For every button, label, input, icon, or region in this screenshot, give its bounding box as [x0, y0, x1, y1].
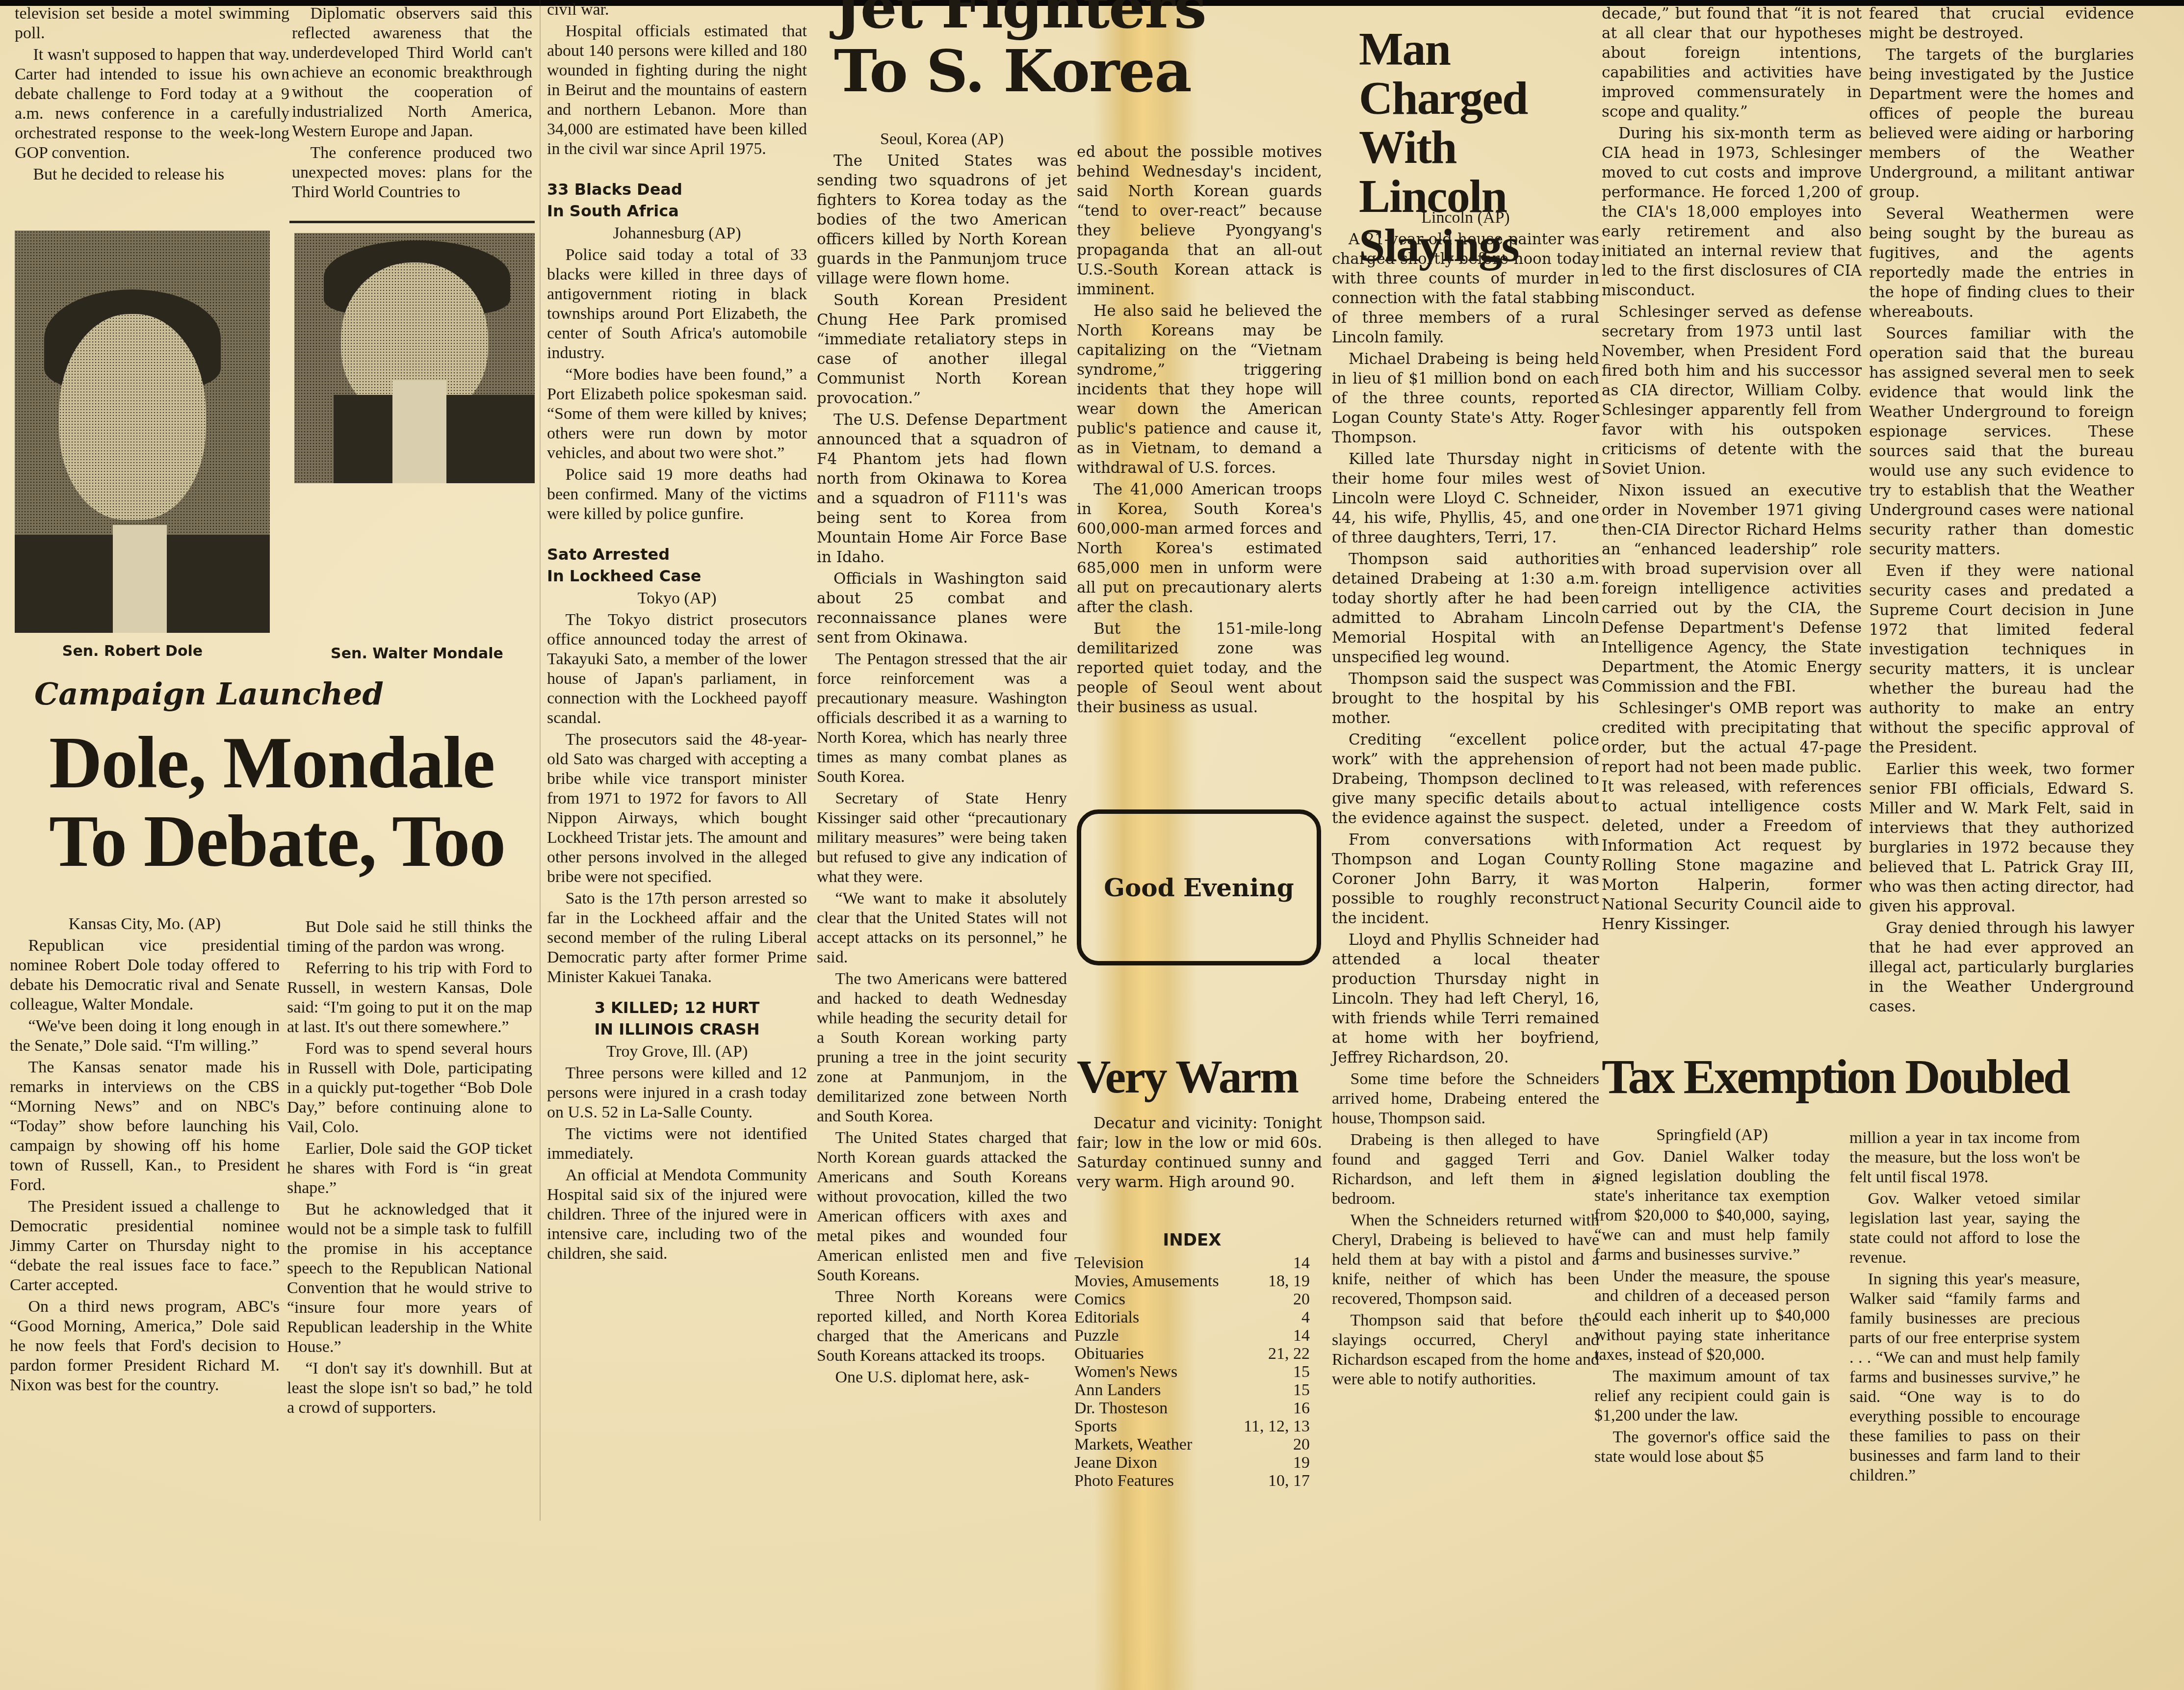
paragraph: Gray denied through his lawyer that he h…	[1869, 918, 2134, 1016]
paragraph: Police said 19 more deaths had been conf…	[547, 465, 807, 524]
index-pages: 19	[1293, 1454, 1310, 1472]
paragraph: million a year in tax income from the me…	[1849, 1128, 2080, 1187]
index-label: Editorials	[1074, 1308, 1139, 1326]
paragraph: Three North Koreans were reported killed…	[817, 1287, 1067, 1366]
weather-box: Very Warm Decatur and vicinity: Tonight …	[1077, 1050, 1322, 1194]
briefs-column: civil war. Hospital officials estimated …	[547, 0, 807, 1266]
index-pages: 4	[1301, 1308, 1310, 1326]
paragraph: Sources familiar with the operation said…	[1869, 324, 2134, 559]
index-row[interactable]: Jeane Dixon19	[1074, 1454, 1310, 1472]
paragraph: But he acknowledged that it would not be…	[287, 1200, 532, 1357]
paragraph: Republican vice presidential nominee Rob…	[10, 936, 280, 1014]
paragraph: television set beside a motel swimming p…	[15, 4, 289, 43]
paragraph: Hospital officials estimated that about …	[547, 22, 807, 159]
paragraph: A 21-year-old house painter was charged …	[1332, 230, 1599, 347]
paragraph: It wasn't supposed to happen that way. C…	[15, 45, 289, 163]
index-title: INDEX	[1074, 1230, 1310, 1250]
paragraph: Drabeing is then alleged to have found a…	[1332, 1130, 1599, 1209]
index-row[interactable]: Sports11, 12, 13	[1074, 1417, 1310, 1435]
paragraph: The maximum amount of tax relief any rec…	[1594, 1367, 1830, 1426]
subhead-south-africa: 33 Blacks Dead In South Africa	[547, 179, 807, 222]
index-row[interactable]: Dr. Thosteson16	[1074, 1399, 1310, 1417]
divider-rule	[289, 221, 535, 223]
headline-line: Tax Exemption Doubled	[1602, 1050, 2141, 1104]
index-pages: 16	[1293, 1399, 1310, 1417]
index-pages: 20	[1293, 1290, 1310, 1308]
paragraph: Some time before the Schneiders arrived …	[1332, 1069, 1599, 1128]
paragraph: decade,” but found that “it is not at al…	[1602, 4, 1862, 122]
paragraph: When the Schneiders returned with Cheryl…	[1332, 1211, 1599, 1309]
subhead-line: Sato Arrested	[547, 544, 807, 565]
tax-story-col1: Springfield (AP) Gov. Daniel Walker toda…	[1594, 1123, 1830, 1469]
paragraph: “We want to make it absolutely clear tha…	[817, 889, 1067, 967]
paragraph: The United States charged that North Kor…	[817, 1128, 1067, 1285]
paragraph: The U.S. Defense Department announced th…	[817, 410, 1067, 567]
good-evening-label: Good Evening	[1104, 873, 1294, 902]
index-label: Women's News	[1074, 1363, 1177, 1381]
paragraph: The Kansas senator made his remarks in i…	[10, 1058, 280, 1195]
third-world-story-continuation: Diplomatic observers said this reflected…	[292, 4, 532, 204]
photo-caption-dole: Sen. Robert Dole	[29, 643, 235, 660]
index-label: Puzzle	[1074, 1326, 1119, 1345]
index-row[interactable]: Movies, Amusements18, 19	[1074, 1272, 1310, 1290]
paragraph: Lloyd and Phyllis Schneider had attended…	[1332, 930, 1599, 1067]
index-pages: 20	[1293, 1435, 1310, 1454]
paragraph: Under the measure, the spouse and childr…	[1594, 1267, 1830, 1365]
photo-caption-mondale: Sen. Walter Mondale	[304, 645, 530, 662]
paragraph: In signing this year's measure, Walker s…	[1849, 1270, 2080, 1485]
paragraph: During his six-month term as CIA head in…	[1602, 124, 1862, 300]
subhead-line: 33 Blacks Dead	[547, 179, 807, 200]
dateline: Tokyo (AP)	[547, 589, 807, 608]
dole-story-col1: Kansas City, Mo. (AP) Republican vice pr…	[10, 912, 280, 1397]
paragraph: Nixon issued an executive order in Novem…	[1602, 481, 1862, 697]
dateline: Kansas City, Mo. (AP)	[10, 914, 280, 934]
index-row[interactable]: Television14	[1074, 1254, 1310, 1272]
index-pages: 21, 22	[1268, 1345, 1310, 1363]
index-pages: 11, 12, 13	[1244, 1417, 1310, 1435]
dateline: Springfield (AP)	[1594, 1125, 1830, 1145]
index-label: Movies, Amusements	[1074, 1272, 1219, 1290]
paragraph: The Tokyo district prosecutors office an…	[547, 610, 807, 728]
paragraph: From conversations with Thompson and Log…	[1332, 830, 1599, 928]
index-label: Dr. Thosteson	[1074, 1399, 1168, 1417]
paragraph: “I don't say it's downhill. But at least…	[287, 1359, 532, 1418]
paragraph: Thompson said authorities detained Drabe…	[1332, 549, 1599, 667]
tax-story-col2: million a year in tax income from the me…	[1849, 1128, 2080, 1487]
photo-walter-mondale	[294, 233, 535, 483]
paragraph: feared that crucial evidence might be de…	[1869, 4, 2134, 43]
index-label: Sports	[1074, 1417, 1117, 1435]
headline-line: Jet Fighters	[834, 0, 1275, 39]
paragraph: ed about the possible motives behind Wed…	[1077, 142, 1322, 299]
good-evening-box: Good Evening	[1077, 809, 1321, 965]
index-pages: 18, 19	[1268, 1272, 1310, 1290]
column-divider	[540, 0, 541, 1521]
paragraph: The governor's office said the state wou…	[1594, 1428, 1830, 1467]
paragraph: The two Americans were battered and hack…	[817, 969, 1067, 1126]
paragraph: Thompson said that before the slayings o…	[1332, 1311, 1599, 1389]
subhead-line: In South Africa	[547, 200, 807, 222]
index-pages: 14	[1293, 1254, 1310, 1272]
weather-headline: Very Warm	[1077, 1050, 1322, 1104]
paragraph: The conference produced two unexpected m…	[292, 143, 532, 202]
headline-line: To S. Korea	[834, 39, 1275, 103]
headline-line: Man Charged	[1359, 25, 1604, 123]
headline-tax-exemption: Tax Exemption Doubled	[1602, 1050, 2141, 1104]
paragraph: South Korean President Chung Hee Park pr…	[817, 290, 1067, 408]
index-label: Jeane Dixon	[1074, 1454, 1157, 1472]
paragraph: Earlier, Dole said the GOP ticket he sha…	[287, 1139, 532, 1198]
paragraph: Gov. Daniel Walker today signed legislat…	[1594, 1147, 1830, 1265]
index-label: Ann Landers	[1074, 1381, 1161, 1399]
index-row[interactable]: Ann Landers15	[1074, 1381, 1310, 1399]
index-row[interactable]: Editorials4	[1074, 1308, 1310, 1326]
korea-story-col1: Seoul, Korea (AP) The United States was …	[817, 128, 1067, 1389]
index-label: Television	[1074, 1254, 1144, 1272]
paragraph: The victims were not identified immediat…	[547, 1124, 807, 1164]
headline-line: To Debate, Too	[49, 805, 540, 878]
paragraph: Schlesinger's OMB report was credited wi…	[1602, 699, 1862, 934]
index-pages: 10, 17	[1268, 1472, 1310, 1490]
index-row[interactable]: Women's News15	[1074, 1363, 1310, 1381]
dateline: Lincoln (AP)	[1332, 208, 1599, 228]
kicker-campaign-launched: Campaign Launched	[34, 677, 384, 711]
index-pages: 15	[1293, 1363, 1310, 1381]
index-pages: 14	[1293, 1326, 1310, 1345]
headline-dole-mondale: Dole, Mondale To Debate, Too	[49, 726, 540, 878]
paragraph: Even if they were national security case…	[1869, 561, 2134, 757]
paragraph: Schlesinger served as defense secretary …	[1602, 302, 1862, 479]
subhead-line: 3 KILLED; 12 HURT	[547, 997, 807, 1018]
headline-line: Dole, Mondale	[49, 726, 540, 800]
paragraph: But he decided to release his	[15, 165, 289, 184]
dateline: Troy Grove, Ill. (AP)	[547, 1042, 807, 1062]
paragraph: Police said today a total of 33 blacks w…	[547, 245, 807, 363]
paragraph: “More bodies have been found,” a Port El…	[547, 365, 807, 463]
paragraph: Secretary of State Henry Kissinger said …	[817, 789, 1067, 887]
index-row[interactable]: Obituaries21, 22	[1074, 1345, 1310, 1363]
photo-robert-dole	[15, 231, 270, 633]
paragraph: The targets of the burglaries being inve…	[1869, 45, 2134, 202]
carter-story-continuation: television set beside a motel swimming p…	[15, 4, 289, 186]
paragraph: Several Weathermen were being sought by …	[1869, 204, 2134, 322]
subhead-line: IN ILLINOIS CRASH	[547, 1018, 807, 1040]
paragraph: Sato is the 17th person arrested so far …	[547, 889, 807, 987]
index-pages: 15	[1293, 1381, 1310, 1399]
paragraph: civil war.	[547, 0, 807, 20]
paragraph: The prosecutors said the 48-year-old Sat…	[547, 730, 807, 887]
index-row[interactable]: Markets, Weather20	[1074, 1435, 1310, 1454]
paragraph: But the 151-mile-long demilitarized zone…	[1077, 619, 1322, 717]
paragraph: On a third news program, ABC's “Good Mor…	[10, 1297, 280, 1395]
paragraph: “We've been doing it long enough in the …	[10, 1016, 280, 1056]
index-label: Photo Features	[1074, 1472, 1174, 1490]
paragraph: An official at Mendota Community Hospita…	[547, 1166, 807, 1264]
index-label: Comics	[1074, 1290, 1125, 1308]
paragraph: He also said he believed the North Korea…	[1077, 301, 1322, 478]
paragraph: Diplomatic observers said this reflected…	[292, 4, 532, 141]
subhead-sato: Sato Arrested In Lockheed Case	[547, 544, 807, 587]
paragraph: Three persons were killed and 12 persons…	[547, 1064, 807, 1122]
paragraph: Michael Drabeing is being held in lieu o…	[1332, 349, 1599, 447]
index-label: Markets, Weather	[1074, 1435, 1192, 1454]
weather-forecast: Decatur and vicinity: Tonight fair; low …	[1077, 1114, 1322, 1192]
paragraph: Gov. Walker vetoed similar legislation l…	[1849, 1189, 2080, 1268]
index-row[interactable]: Puzzle14	[1074, 1326, 1310, 1345]
paragraph: But Dole said he still thinks the timing…	[287, 917, 532, 957]
fbi-burglaries-story: feared that crucial evidence might be de…	[1869, 4, 2134, 1018]
paragraph: Earlier this week, two former senior FBI…	[1869, 759, 2134, 916]
headline-jet-fighters: Jet Fighters To S. Korea	[834, 0, 1275, 103]
paragraph: Ford was to spend several hours in Russe…	[287, 1039, 532, 1137]
paragraph: Killed late Thursday night in their home…	[1332, 449, 1599, 547]
paragraph: The Pentagon stressed that the air force…	[817, 650, 1067, 787]
paragraph: The President issued a challenge to Demo…	[10, 1197, 280, 1295]
paragraph: Thompson said the suspect was brought to…	[1332, 669, 1599, 728]
paragraph: Crediting “excellent police work” with t…	[1332, 730, 1599, 828]
index-row[interactable]: Photo Features10, 17	[1074, 1472, 1310, 1490]
page-index: INDEX Television14 Movies, Amusements18,…	[1074, 1226, 1310, 1490]
paragraph: Officials in Washington said about 25 co…	[817, 569, 1067, 648]
cia-story-continuation: decade,” but found that “it is not at al…	[1602, 4, 1862, 936]
dateline: Seoul, Korea (AP)	[817, 130, 1067, 149]
index-label: Obituaries	[1074, 1345, 1144, 1363]
korea-story-col2: ed about the possible motives behind Wed…	[1077, 142, 1322, 719]
subhead-line: In Lockheed Case	[547, 565, 807, 587]
lincoln-story-body: Lincoln (AP) A 21-year-old house painter…	[1332, 206, 1599, 1391]
paragraph: The 41,000 American troops in Korea, Sou…	[1077, 480, 1322, 617]
index-row[interactable]: Comics20	[1074, 1290, 1310, 1308]
subhead-illinois-crash: 3 KILLED; 12 HURT IN ILLINOIS CRASH	[547, 997, 807, 1040]
dole-story-col2: But Dole said he still thinks the timing…	[287, 917, 532, 1420]
paragraph: Referring to his trip with Ford to Russe…	[287, 959, 532, 1037]
paragraph: One U.S. diplomat here, ask-	[817, 1368, 1067, 1387]
dateline: Johannesburg (AP)	[547, 224, 807, 243]
paragraph: The United States was sending two squadr…	[817, 151, 1067, 288]
